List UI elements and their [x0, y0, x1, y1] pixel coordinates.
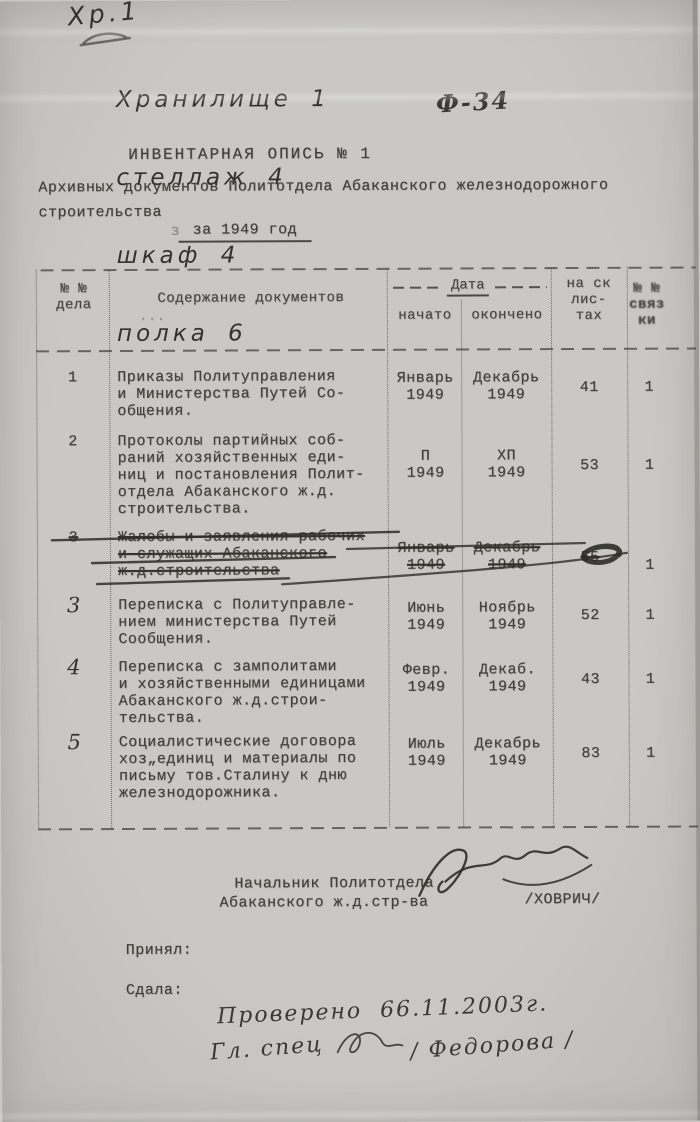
- handed-over-label: Сдала:: [126, 982, 183, 999]
- date-dash-left: [393, 286, 441, 288]
- row-sheet-count: 41: [553, 379, 625, 396]
- table-bottom-border: [38, 825, 698, 830]
- table-row: 5 Социалистические договора хоз„единиц и…: [38, 731, 698, 734]
- verifier-signature-autograph: [331, 1021, 409, 1064]
- row-sheet-count: 53: [554, 457, 626, 474]
- row-sheet-count: 43: [554, 671, 626, 688]
- column-header-finished: окончено: [465, 307, 549, 323]
- column-header-content: Содержание документов: [117, 290, 385, 307]
- row-number: 5: [38, 734, 111, 751]
- column-header-bundle: № № связ ки: [611, 281, 683, 329]
- row-date-finished: Декабрь 1949: [463, 369, 549, 403]
- row-content: Социалистические договора хоз„единиц и м…: [119, 733, 391, 802]
- row-number: 3: [37, 597, 110, 614]
- scan-streak: [2, 1110, 700, 1119]
- column-header-case-number: № № дела: [39, 281, 109, 313]
- column-header-content-note: ...: [139, 309, 199, 325]
- cabinet-line: шкаф 4: [117, 242, 331, 269]
- document-subtitle-line1: Архивных документов Политотдела Абаканск…: [38, 177, 608, 196]
- column-header-date-group: Дата: [389, 277, 551, 297]
- row-date-finished: Декабрь 1949: [465, 735, 551, 769]
- row-bundle-number: 1: [630, 607, 670, 624]
- year-line: за 1949 год: [179, 221, 312, 243]
- row-date-finished: Ноябрь 1949: [464, 599, 550, 633]
- row-content: Приказы Политуправления и Министерства П…: [117, 368, 389, 420]
- signatory-role-line2: Абаканского ж.д.стр-ва: [219, 894, 428, 912]
- row-date-started: П 1949: [390, 448, 462, 482]
- row-content: Переписка с Политуправле- нием министерс…: [118, 596, 390, 648]
- document-title: ИНВЕНТАРНАЯ ОПИСЬ № 1: [128, 146, 372, 164]
- signatory-role-line1: Начальник Политотдела: [234, 875, 434, 893]
- fond-number-mark: Ф-34: [435, 85, 511, 118]
- row-bundle-number: 1: [630, 671, 670, 688]
- received-label: Принял:: [126, 942, 193, 959]
- column-header-started: начато: [391, 308, 459, 324]
- row-number: 1: [36, 369, 109, 386]
- table-row: 4 Переписка с замполитами и хозяйственны…: [37, 656, 697, 659]
- row-date-started: Январь 1949: [389, 370, 461, 404]
- row-sheet-count: 52: [554, 607, 626, 624]
- date-dash-right: [495, 286, 547, 288]
- document-subtitle-line2: строительства: [38, 204, 162, 222]
- row-date-finished: ХП 1949: [464, 447, 550, 481]
- row-content: Протоколы партийных соб- раний хозяйстве…: [117, 432, 389, 518]
- row-date-started: Июнь 1949: [390, 600, 462, 634]
- row-number: 2: [36, 433, 109, 450]
- verifier-name: / Федорова /: [409, 1027, 575, 1064]
- row-date-started: Июль 1949: [391, 736, 463, 770]
- row-date-started: Февр. 1949: [390, 662, 462, 696]
- row-bundle-number: 1: [630, 457, 670, 474]
- column-header-date: Дата: [447, 277, 489, 296]
- row-content: Переписка с замполитами и хозяйственными…: [118, 658, 390, 727]
- scan-streak: [0, 92, 698, 101]
- row-date-finished: Декаб. 1949: [464, 661, 550, 695]
- scanned-document-page: Хр.1 Хранилище 1 стеллаж 4 шкаф 4 полка …: [0, 0, 700, 1122]
- row-sheet-count: 83: [555, 745, 627, 762]
- row-bundle-number: 1: [629, 379, 669, 396]
- handwritten-top-left-mark: Хр.1: [67, 0, 142, 30]
- row-number: 4: [37, 659, 110, 676]
- row-bundle-number: 1: [631, 745, 671, 762]
- verifier-role: Гл. спец: [209, 1032, 324, 1065]
- signatory-surname: /ХОВРИЧ/: [524, 891, 600, 908]
- table-row: 2 Протоколы партийных соб- раний хозяйст…: [36, 430, 696, 433]
